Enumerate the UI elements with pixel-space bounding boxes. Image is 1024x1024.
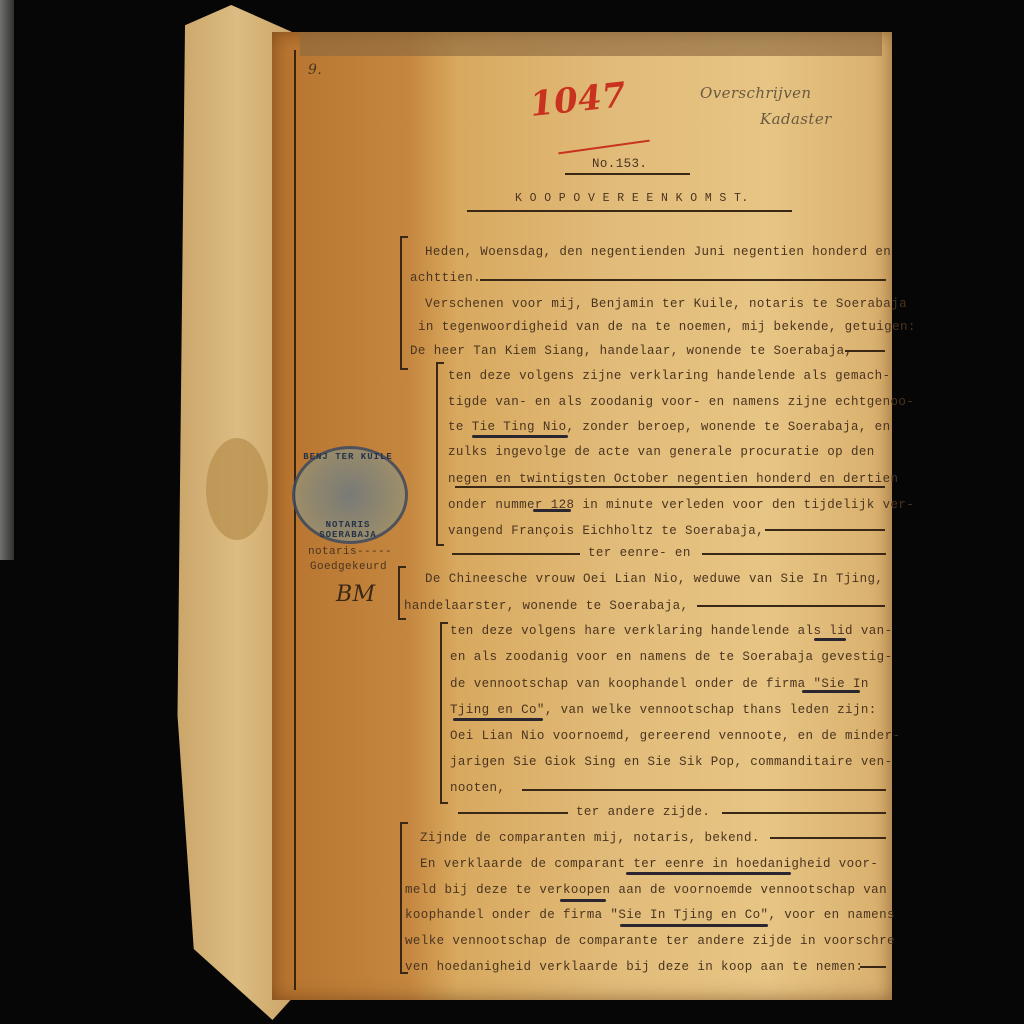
- line: ter andere zijde.: [576, 805, 710, 819]
- seal-bottom-text: NOTARIS SOERABAJA: [300, 520, 396, 540]
- line: de vennootschap van koophandel onder de …: [450, 677, 869, 691]
- underline-mark: [453, 718, 543, 721]
- line: handelaarster, wonende te Soerabaja,: [404, 599, 688, 613]
- line: te Tie Ting Nio, zonder beroep, wonende …: [448, 420, 890, 434]
- line: koophandel onder de firma "Sie In Tjing …: [405, 908, 895, 922]
- margin-initials: BM: [336, 582, 376, 607]
- fill-rule: [765, 529, 885, 531]
- handwritten-note-2: Kadaster: [760, 110, 832, 128]
- line: Tjing en Co", van welke vennootschap tha…: [450, 703, 877, 717]
- line: Zijnde de comparanten mij, notaris, beke…: [420, 831, 760, 845]
- underline-mark: [533, 509, 571, 512]
- bracket: [400, 236, 408, 370]
- underline-mark: [472, 435, 568, 438]
- page-mark: 9.: [308, 62, 322, 78]
- line: De heer Tan Kiem Siang, handelaar, wonen…: [410, 344, 852, 358]
- underline-mark: [814, 638, 846, 641]
- line: De Chineesche vrouw Oei Lian Nio, weduwe…: [425, 572, 883, 586]
- fill-rule: [860, 966, 886, 968]
- line: jarigen Sie Giok Sing en Sie Sik Pop, co…: [450, 755, 892, 769]
- fill-rule: [455, 486, 885, 488]
- bracket: [436, 362, 444, 546]
- fill-rule: [480, 279, 886, 281]
- underline-mark: [626, 872, 791, 875]
- margin-note-1: notaris-----: [308, 546, 392, 558]
- background-edge: [0, 0, 14, 560]
- line: nooten,: [450, 781, 505, 795]
- line: negen en twintigsten October negentien h…: [448, 472, 898, 486]
- line: in tegenwoordigheid van de na te noemen,…: [418, 320, 916, 334]
- line: vangend François Eichholtz te Soerabaja,: [448, 524, 764, 538]
- underline-mark: [802, 690, 860, 693]
- line: meld bij deze te verkoopen aan de voorno…: [405, 883, 887, 897]
- fill-rule: [722, 812, 886, 814]
- line: Heden, Woensdag, den negentienden Juni n…: [425, 245, 891, 259]
- line: tigde van- en als zoodanig voor- en name…: [448, 395, 914, 409]
- fill-rule: [770, 837, 886, 839]
- underline-mark: [560, 899, 606, 902]
- line: ter eenre- en: [588, 546, 691, 560]
- line: Oei Lian Nio voornoemd, gereerend vennoo…: [450, 729, 900, 743]
- margin-note-2: Goedgekeurd: [310, 561, 387, 573]
- line: onder nummer 128 in minute verleden voor…: [448, 498, 914, 512]
- line: zulks ingevolge de acte van generale pro…: [448, 445, 875, 459]
- bracket: [400, 822, 408, 974]
- line: ven hoedanigheid verklaarde bij deze in …: [405, 960, 863, 974]
- fill-rule: [702, 553, 886, 555]
- underline-mark: [620, 924, 768, 927]
- fill-rule: [845, 350, 885, 352]
- seal-top-text: BENJ TER KUILE: [300, 452, 396, 462]
- line: Verschenen voor mij, Benjamin ter Kuile,…: [425, 297, 907, 311]
- bracket: [440, 622, 448, 804]
- line: ten deze volgens zijne verklaring handel…: [448, 369, 890, 383]
- stain: [206, 438, 268, 540]
- line: ten deze volgens hare verklaring handele…: [450, 624, 892, 638]
- document-title: K O O P O V E R E E N K O M S T.: [515, 192, 749, 205]
- line: En verklaarde de comparant ter eenre in …: [420, 857, 878, 871]
- page-top-edge: [300, 32, 882, 56]
- fill-rule: [522, 789, 886, 791]
- line: en als zoodanig voor en namens de te Soe…: [450, 650, 892, 664]
- handwritten-note-1: Overschrijven: [700, 84, 811, 102]
- fill-rule: [458, 812, 568, 814]
- title-underline: [467, 210, 792, 212]
- fill-rule: [452, 553, 580, 555]
- line: achttien.: [410, 271, 481, 285]
- page-fold-line: [294, 50, 296, 990]
- deed-number: No.153.: [592, 157, 647, 171]
- line: welke vennootschap de comparante ter and…: [405, 934, 895, 948]
- fill-rule: [697, 605, 885, 607]
- deed-underline: [565, 173, 690, 175]
